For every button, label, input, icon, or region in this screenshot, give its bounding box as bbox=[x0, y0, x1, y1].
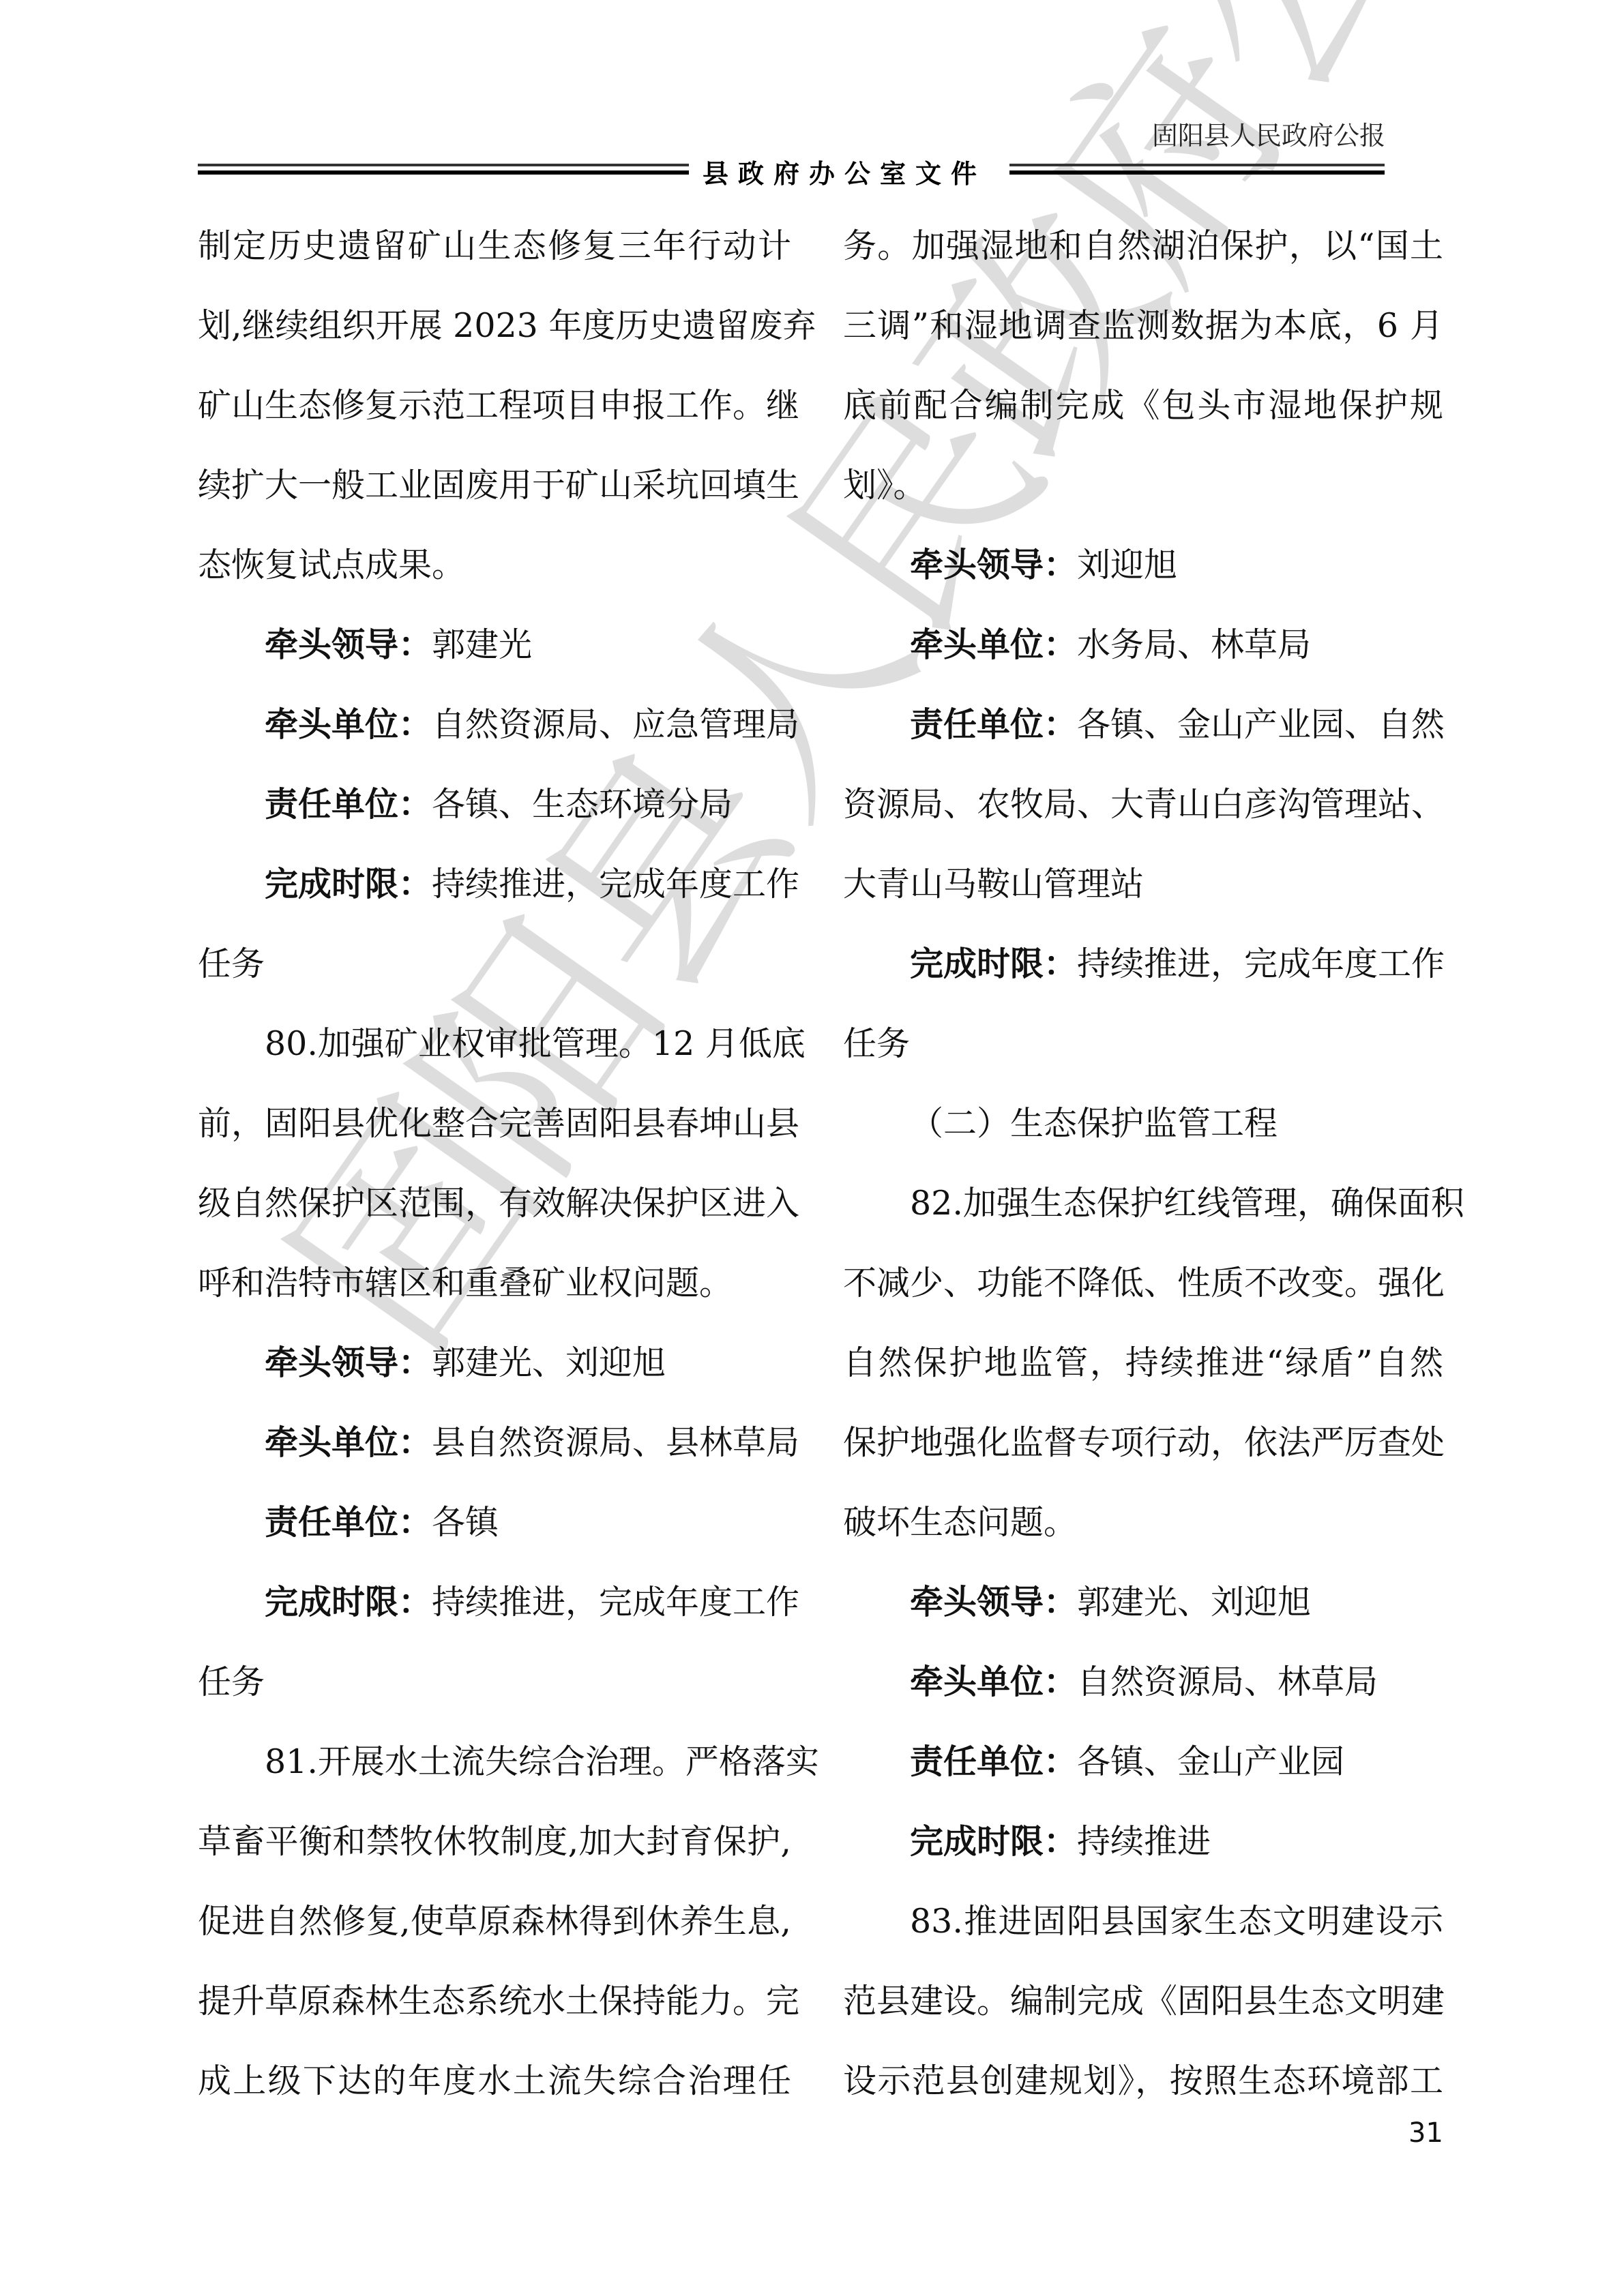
text-line: 草畜平衡和禁牧休牧制度,加大封育保护, bbox=[198, 1802, 791, 1881]
line-text: 三调”和湿地调查监测数据为本底，6 月 bbox=[843, 306, 1443, 345]
field-label: 牵头单位： bbox=[910, 1663, 1077, 1701]
line-text: 范县建设。编制完成《固阳县生态文明建 bbox=[843, 1982, 1445, 2021]
line-text: 持续推进 bbox=[1077, 1822, 1211, 1861]
line-text: 设示范县创建规划》，按照生态环境部工 bbox=[843, 2061, 1443, 2100]
line-text: 刘迎旭 bbox=[1077, 546, 1177, 584]
text-line: 保护地强化监督专项行动，依法严厉查处 bbox=[843, 1403, 1443, 1482]
line-text: 自然资源局、林草局 bbox=[1077, 1663, 1378, 1701]
field-label: 完成时限： bbox=[910, 1822, 1077, 1861]
text-line: 任务 bbox=[198, 924, 791, 1004]
text-line: 前，固阳县优化整合完善固阳县春坤山县 bbox=[198, 1084, 791, 1163]
text-line: 矿山生态修复示范工程项目申报工作。继 bbox=[198, 366, 791, 445]
text-line: 82.加强生态保护红线管理，确保面积 bbox=[843, 1163, 1443, 1243]
text-line: 续扩大一般工业固废用于矿山采坑回填生 bbox=[198, 445, 791, 525]
text-line: 成上级下达的年度水土流失综合治理任 bbox=[198, 2041, 791, 2121]
text-line: 底前配合编制完成《包头市湿地保护规 bbox=[843, 366, 1443, 445]
field-label: 责任单位： bbox=[910, 1742, 1077, 1781]
journal-title: 固阳县人民政府公报 bbox=[1152, 115, 1385, 152]
text-line: 任务 bbox=[843, 1004, 1443, 1084]
field-label: 牵头领导： bbox=[910, 1583, 1077, 1622]
line-text: 自然保护地监管，持续推进“绿盾”自然 bbox=[843, 1343, 1443, 1382]
text-line: 设示范县创建规划》，按照生态环境部工 bbox=[843, 2041, 1443, 2121]
text-line: 83.推进固阳县国家生态文明建设示 bbox=[843, 1881, 1443, 1961]
line-text: 自然资源局、应急管理局 bbox=[432, 705, 799, 744]
field-line: 责任单位：各镇、生态环境分局 bbox=[198, 764, 791, 844]
line-text: 81.开展水土流失综合治理。严格落实 bbox=[265, 1742, 819, 1781]
line-text: 不减少、功能不降低、性质不改变。强化 bbox=[843, 1264, 1445, 1302]
left-column: 制定历史遗留矿山生态修复三年行动计划,继续组织开展 2023 年度历史遗留废弃矿… bbox=[198, 206, 791, 2121]
page-number: 31 bbox=[1408, 2117, 1443, 2149]
line-text: 成上级下达的年度水土流失综合治理任 bbox=[198, 2061, 791, 2100]
line-text: 郭建光、刘迎旭 bbox=[432, 1343, 666, 1382]
field-label: 责任单位： bbox=[910, 705, 1077, 744]
field-line: 牵头单位：自然资源局、林草局 bbox=[843, 1642, 1443, 1722]
line-text: 提升草原森林生态系统水土保持能力。完 bbox=[198, 1982, 799, 2021]
line-text: 制定历史遗留矿山生态修复三年行动计 bbox=[198, 226, 791, 265]
line-text: 破坏生态问题。 bbox=[843, 1503, 1077, 1542]
right-column: 务。加强湿地和自然湖泊保护，以“国土三调”和湿地调查监测数据为本底，6 月底前配… bbox=[843, 206, 1443, 2121]
line-text: 态恢复试点成果。 bbox=[198, 546, 465, 584]
field-line: 责任单位：各镇 bbox=[198, 1482, 791, 1562]
text-line: 不减少、功能不降低、性质不改变。强化 bbox=[843, 1243, 1443, 1323]
text-line: 务。加强湿地和自然湖泊保护，以“国土 bbox=[843, 206, 1443, 286]
line-text: 各镇 bbox=[432, 1503, 499, 1542]
line-text: 各镇、生态环境分局 bbox=[432, 785, 733, 824]
line-text: 矿山生态修复示范工程项目申报工作。继 bbox=[198, 386, 799, 425]
line-text: 续扩大一般工业固废用于矿山采坑回填生 bbox=[198, 466, 799, 505]
text-line: 促进自然修复,使草原森林得到休养生息, bbox=[198, 1881, 791, 1961]
line-text: 持续推进，完成年度工作 bbox=[432, 865, 799, 904]
line-text: 前，固阳县优化整合完善固阳县春坤山县 bbox=[198, 1104, 799, 1143]
line-text: 呼和浩特市辖区和重叠矿业权问题。 bbox=[198, 1264, 733, 1302]
field-label: 牵头单位： bbox=[910, 625, 1077, 664]
text-line: 呼和浩特市辖区和重叠矿业权问题。 bbox=[198, 1243, 791, 1323]
text-line: 态恢复试点成果。 bbox=[198, 525, 791, 605]
text-line: 划》。 bbox=[843, 445, 1443, 525]
line-text: 83.推进固阳县国家生态文明建设示 bbox=[910, 1902, 1443, 1941]
section-title: 县政府办公室文件 bbox=[703, 153, 986, 190]
line-text: 划,继续组织开展 2023 年度历史遗留废弃 bbox=[198, 306, 816, 345]
text-line: 范县建设。编制完成《固阳县生态文明建 bbox=[843, 1961, 1443, 2041]
line-text: 水务局、林草局 bbox=[1077, 625, 1311, 664]
line-text: 务。加强湿地和自然湖泊保护，以“国土 bbox=[843, 226, 1443, 265]
line-text: （二）生态保护监管工程 bbox=[910, 1104, 1278, 1143]
line-text: 资源局、农牧局、大青山白彦沟管理站、 bbox=[843, 785, 1445, 824]
text-line: 级自然保护区范围，有效解决保护区进入 bbox=[198, 1163, 791, 1243]
field-line: 牵头单位：水务局、林草局 bbox=[843, 605, 1443, 685]
field-line: 完成时限：持续推进，完成年度工作 bbox=[843, 924, 1443, 1004]
header-rule-right bbox=[1009, 162, 1385, 177]
field-label: 责任单位： bbox=[265, 1503, 432, 1542]
field-line: 责任单位：各镇、金山产业园、自然 bbox=[843, 685, 1443, 764]
line-text: 草畜平衡和禁牧休牧制度,加大封育保护, bbox=[198, 1822, 791, 1861]
field-label: 牵头领导： bbox=[910, 546, 1077, 584]
text-line: 81.开展水土流失综合治理。严格落实 bbox=[198, 1722, 791, 1802]
field-label: 责任单位： bbox=[265, 785, 432, 824]
field-line: 牵头领导：郭建光、刘迎旭 bbox=[843, 1562, 1443, 1642]
field-line: 责任单位：各镇、金山产业园 bbox=[843, 1722, 1443, 1802]
field-line: 牵头领导：郭建光 bbox=[198, 605, 791, 685]
field-label: 完成时限： bbox=[265, 1583, 432, 1622]
line-text: 任务 bbox=[198, 944, 265, 983]
field-label: 牵头单位： bbox=[265, 1423, 432, 1462]
line-text: 级自然保护区范围，有效解决保护区进入 bbox=[198, 1184, 799, 1223]
field-line: 牵头单位：自然资源局、应急管理局 bbox=[198, 685, 791, 764]
field-label: 牵头单位： bbox=[265, 705, 432, 744]
field-label: 完成时限： bbox=[265, 865, 432, 904]
line-text: 各镇、金山产业园 bbox=[1077, 1742, 1344, 1781]
line-text: 大青山马鞍山管理站 bbox=[843, 865, 1144, 904]
text-line: 大青山马鞍山管理站 bbox=[843, 844, 1443, 924]
text-line: 提升草原森林生态系统水土保持能力。完 bbox=[198, 1961, 791, 2041]
line-text: 80.加强矿业权审批管理。12 月低底 bbox=[265, 1024, 806, 1063]
text-line: 制定历史遗留矿山生态修复三年行动计 bbox=[198, 206, 791, 286]
line-text: 底前配合编制完成《包头市湿地保护规 bbox=[843, 386, 1443, 425]
text-line: 三调”和湿地调查监测数据为本底，6 月 bbox=[843, 286, 1443, 366]
header-rule-left bbox=[198, 162, 689, 177]
text-line: 80.加强矿业权审批管理。12 月低底 bbox=[198, 1004, 791, 1084]
line-text: 持续推进，完成年度工作 bbox=[1077, 944, 1445, 983]
field-line: 牵头领导：刘迎旭 bbox=[843, 525, 1443, 605]
line-text: 各镇、金山产业园、自然 bbox=[1077, 705, 1445, 744]
line-text: 持续推进，完成年度工作 bbox=[432, 1583, 799, 1622]
field-label: 完成时限： bbox=[910, 944, 1077, 983]
field-line: 完成时限：持续推进 bbox=[843, 1802, 1443, 1881]
line-text: 郭建光、刘迎旭 bbox=[1077, 1583, 1311, 1622]
line-text: 任务 bbox=[843, 1024, 910, 1063]
field-line: 牵头单位：县自然资源局、县林草局 bbox=[198, 1403, 791, 1482]
line-text: 促进自然修复,使草原森林得到休养生息, bbox=[198, 1902, 791, 1941]
field-line: 牵头领导：郭建光、刘迎旭 bbox=[198, 1323, 791, 1403]
section-heading: （二）生态保护监管工程 bbox=[843, 1084, 1443, 1163]
line-text: 82.加强生态保护红线管理，确保面积 bbox=[910, 1184, 1464, 1223]
field-label: 牵头领导： bbox=[265, 625, 432, 664]
text-line: 任务 bbox=[198, 1642, 791, 1722]
field-line: 完成时限：持续推进，完成年度工作 bbox=[198, 1562, 791, 1642]
text-line: 自然保护地监管，持续推进“绿盾”自然 bbox=[843, 1323, 1443, 1403]
text-line: 破坏生态问题。 bbox=[843, 1482, 1443, 1562]
field-line: 完成时限：持续推进，完成年度工作 bbox=[198, 844, 791, 924]
line-text: 县自然资源局、县林草局 bbox=[432, 1423, 799, 1462]
line-text: 划》。 bbox=[843, 466, 927, 505]
line-text: 任务 bbox=[198, 1663, 265, 1701]
text-line: 划,继续组织开展 2023 年度历史遗留废弃 bbox=[198, 286, 791, 366]
line-text: 郭建光 bbox=[432, 625, 532, 664]
line-text: 保护地强化监督专项行动，依法严厉查处 bbox=[843, 1423, 1445, 1462]
text-line: 资源局、农牧局、大青山白彦沟管理站、 bbox=[843, 764, 1443, 844]
field-label: 牵头领导： bbox=[265, 1343, 432, 1382]
